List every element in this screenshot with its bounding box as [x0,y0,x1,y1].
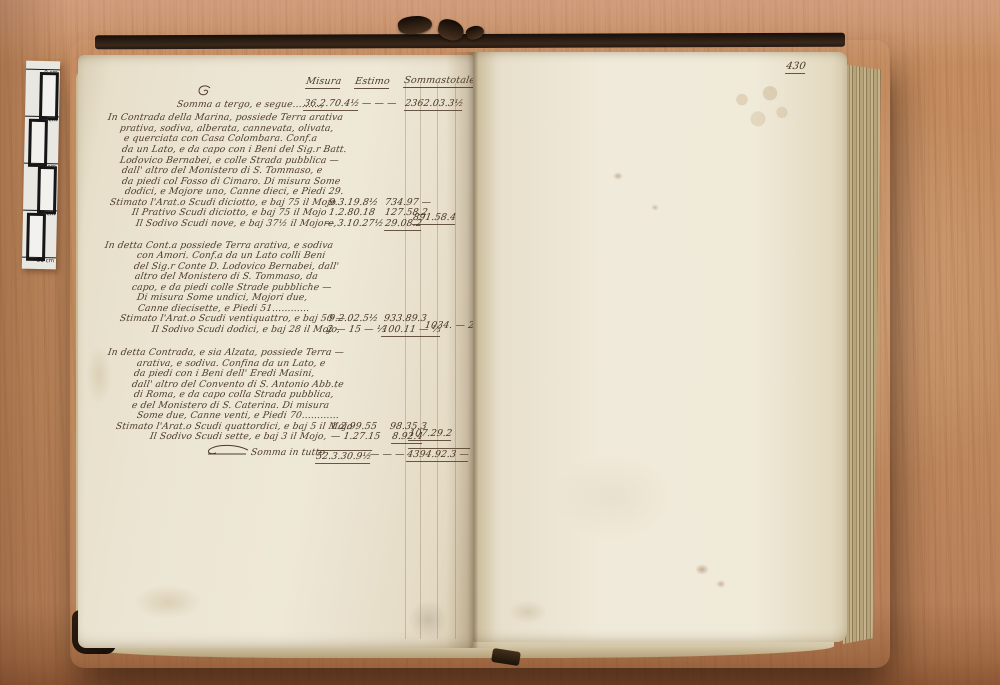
scale-segment [37,166,57,214]
rate-misura: 1.2.80.18 [328,208,376,218]
column-header-misura: Misura [305,77,342,89]
rate-estimo: 933.89.3 [383,314,428,324]
rate-label: Il Prativo Scudi diciotto, e baj 75 il M… [131,208,327,218]
rate-label: Stimato l'Arat.o Scudi ventiquattro, e b… [119,314,346,324]
opening-misura: 36.2.70.4½ [303,99,360,111]
footer-estimo: — — — [369,450,405,460]
rate-misura: 9.2.02.5½ [328,314,379,324]
column-rule [405,83,406,639]
archival-photo: 0 cm 5 cm 10 cm 15 cm 20 cm Misura Estim… [0,0,1000,685]
stain [508,600,548,624]
rate-misura: — 1.27.15 [330,432,381,442]
column-rule [420,83,421,639]
scale-segment [26,213,46,261]
rate-label: Il Sodivo Scudi nove, e baj 37½ il Mojor… [135,219,338,229]
column-header-estimo: Estimo [354,77,391,89]
page-number: 430 [785,62,806,74]
rate-label: Il Sodivo Scudi dodici, e baj 28 il Mojo… [151,325,341,335]
entry-line: In detta Contrada, e sia Alzata, possied… [107,348,345,358]
rate-label: Il Sodivo Scudi sette, e baj 3 il Mojo, [149,432,327,442]
stain [408,600,448,640]
footer-misura: 52.3.30.9½ [315,450,373,464]
scale-segment [39,72,59,120]
column-rule [437,83,438,639]
footer-label: Somma in tutto [250,448,326,458]
rate-misura: 2 — 15 — ⅕ [326,325,387,335]
right-page: 430 [473,52,847,642]
book-gutter-shadow [446,52,502,648]
entry-line: da piedi con i Beni dell' Eredi Masini, [133,369,315,379]
entry-line: con Amori. Conf.a da un Lato colli Beni [136,251,326,261]
stain [651,204,659,211]
flourish-icon [196,85,214,99]
left-page: Misura Estimo Sommastotale Somma a tergo… [78,55,473,648]
rate-misura: — 3.10.27½ [324,219,384,229]
stain [695,564,709,575]
opening-estimo: — — — [361,99,397,109]
entry-line: dall' altro del Monistero di S. Tommaso,… [121,166,323,176]
stain [553,452,673,542]
entry-line: dodici, e Mojore uno, Canne dieci, e Pie… [124,187,344,197]
entry-line: Some due, Canne venti, e Piedi 70………… [136,411,340,421]
entry-line: Di misura Some undici, Mojori due, [136,293,308,303]
entry-line: altro del Monistero di S. Tommaso, da [134,272,319,282]
entry-line: In Contrada della Marina, possiede Terra… [107,113,344,123]
photo-scale-bar: 0 cm 5 cm 10 cm 15 cm 20 cm [22,61,60,270]
entry-line: e querciata con Casa Colombara. Conf.a [123,134,318,144]
stain [718,74,798,138]
scale-label-20cm: 20 cm [22,257,56,265]
stain [613,172,623,180]
flourish-icon [206,443,250,457]
scale-segment [28,119,48,167]
entry-line: di Roma, e da capo colla Strada pubblica… [133,390,335,400]
stain [133,585,203,619]
entry-line: da un Lato, e da capo con i Beni del Sig… [121,145,347,155]
stain [716,580,726,588]
